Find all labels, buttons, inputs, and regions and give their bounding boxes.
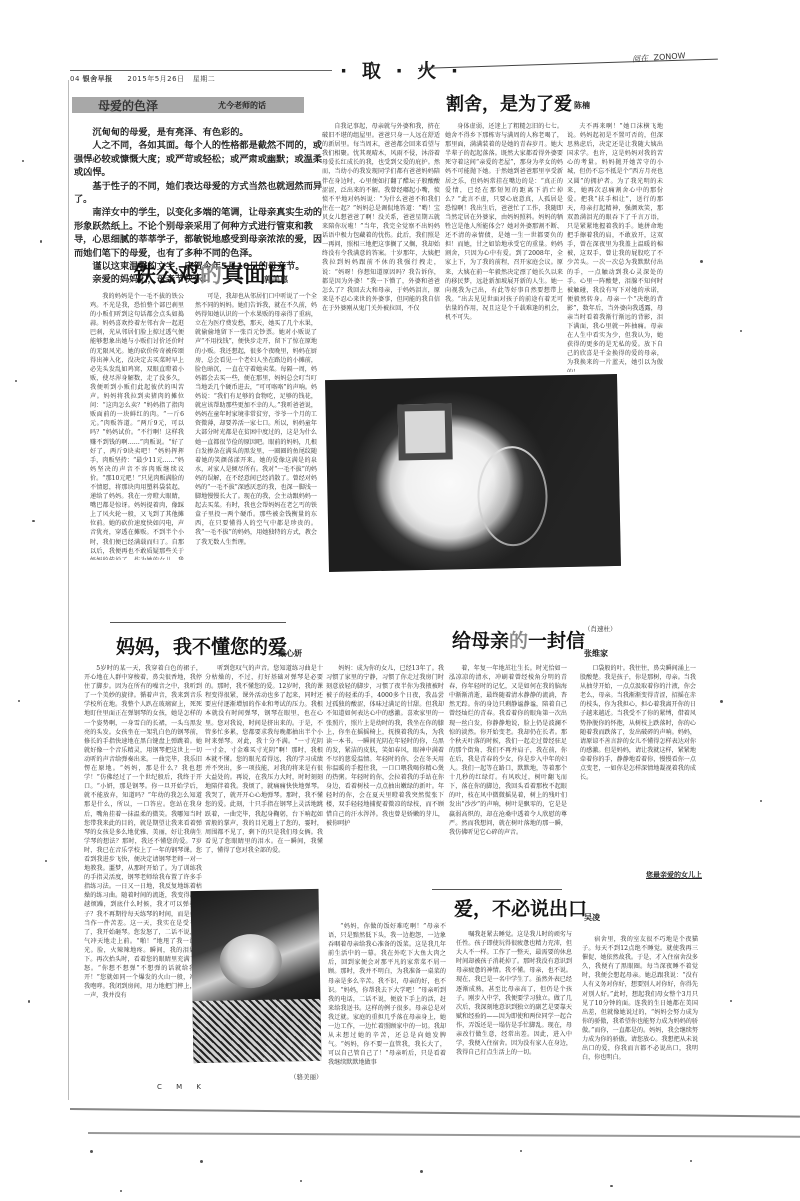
page-edge <box>70 1108 800 1118</box>
photo-bowl <box>325 374 621 572</box>
article-column: 妈妈：成为你的女儿，已经13年了。我习惯了家里的宁静，习惯了你走过我房门时刻意放… <box>326 664 444 886</box>
photo-credit: （肖速杜） <box>584 624 617 633</box>
brand-logo: 阅在 ZONOW <box>632 50 686 65</box>
divider <box>432 889 562 890</box>
article-column: 我的妈妈是个一毛不拔的铁公鸡。不光是我，恐怕整个部巴刹里的小贩们听到这句话都会点… <box>90 292 184 560</box>
article-column: 身体虚弱，还迷上了粗糙怎旧的七七。她舍不得乡下那栋寄与满周的人称老喝了，那里面，… <box>445 122 563 372</box>
article-column: 着，年复一年地茁壮生长。时光恰如一泓凉凉的清水，冲刷着曾经棱角分明的青春，你年轻… <box>449 664 567 890</box>
headline-gei-mu-qin: 给母亲的一封信 <box>452 626 585 653</box>
article-column: “妈妈，你做的饭好难吃啊！”母亲不语，只是黯然低下头，我一边抱怨，一边象吞咽着母… <box>328 922 446 1098</box>
section-title: · 取 · 火 · <box>340 56 462 83</box>
brand-en: ZONOW <box>653 51 686 62</box>
intro-banner: 母爱的色泽 尤今老师的话 <box>72 97 304 113</box>
article-column: 听到您叹气的声音。您知道练习曲是十分枯燥的，不过，打好基础对弹琴是必要的。那时，… <box>205 664 323 886</box>
intro-paragraph: 南洋女中的学生，以变化多端的笔调，让母亲真实生动的形象跃然纸上。不论个别母亲采用… <box>74 206 326 260</box>
article-column: 自我记事起，母亲就与外婆和我，挤在破旧不堪的组屋里。爸爸只身一人远在舒适的新居里… <box>322 122 440 372</box>
letter-signoff: 您最亲爱的女儿上 <box>646 870 702 880</box>
masthead-rule <box>70 70 332 71</box>
article-column: 嘱我赶紧去睡觉。这是我儿时的顽劣与任性。孩子即使玩得很疲惫也精力充沛，但大人不一… <box>456 930 572 1106</box>
byline-gei-mu-qin: 张维家 <box>584 648 608 659</box>
article-column: 口袋般的叶。我往往，鼻尖瞬间涌上一股酸楚。我是孩子，你是那树，母亲。当我从抽芽开… <box>580 664 696 854</box>
margin-line <box>68 80 69 1100</box>
issue-date: 2015年5月26日 <box>127 75 184 83</box>
banner-subtitle: 尤今老师的话 <box>218 100 266 111</box>
page-number: 04 <box>70 75 80 83</box>
paper-name: 银舍早报 <box>83 74 113 83</box>
article-column: 宿舍里，我的室友很不巧地是个夜猫子。每天不到12点绝不睡觉。就使我再三催促，她依… <box>582 935 698 1105</box>
intro-paragraph: 沉甸甸的母爱，是有亮泽、有色彩的。 <box>74 126 326 139</box>
headline-ge-she: 割舍，是为了爱 <box>446 90 572 116</box>
photo-credit: （骆美丽） <box>290 1072 323 1081</box>
photo-child <box>191 889 322 1063</box>
article-column: 5岁时的某一天，我穿着白色的裙子，开心地在人群中穿梭着，鼻尖很香地，我停住了脚步… <box>84 664 202 1084</box>
article-column: 可是，我却也从邻居们口中听说了一个全然不同的妈妈。她们告诉我，就在不久前，妈妈得… <box>195 292 317 560</box>
intro-paragraph: 人之不同，各如其面。每个人的性格都是截然不同的，或强悍必较或慷慨大度；或严苛或轻… <box>74 139 326 179</box>
headline-ma-ma: 妈妈，我不懂您的爱 <box>116 632 287 659</box>
print-marks: C M K <box>157 1083 207 1091</box>
byline-ge-she: 陈楠 <box>574 100 590 111</box>
byline-ma-ma: 戴心妍 <box>278 648 302 659</box>
headline-ai-bu-bi: 爱，不必说出口 <box>454 894 587 921</box>
page-edge <box>88 1132 800 1138</box>
intro-paragraph: 基于性子的不同，她们表达母爱的方式当然也就迥然而异了。 <box>74 180 326 207</box>
issue-weekday: 星期二 <box>193 75 216 83</box>
masthead-info: 04 银舍早报 2015年5月26日 星期二 <box>70 74 215 84</box>
byline-ai-bu-bi: 吴凌 <box>584 912 600 923</box>
brand-cn: 阅在 <box>632 54 649 64</box>
article-column: 夫不再来啊！”她口沫横飞地说。妈妈起初是不置可否的，但深思熟虑后，决定还是让我随… <box>567 122 663 372</box>
divider <box>110 622 286 623</box>
banner-title: 母爱的色泽 <box>98 97 158 114</box>
byline-tie-gong-ji: 郭美惠 <box>264 274 288 285</box>
